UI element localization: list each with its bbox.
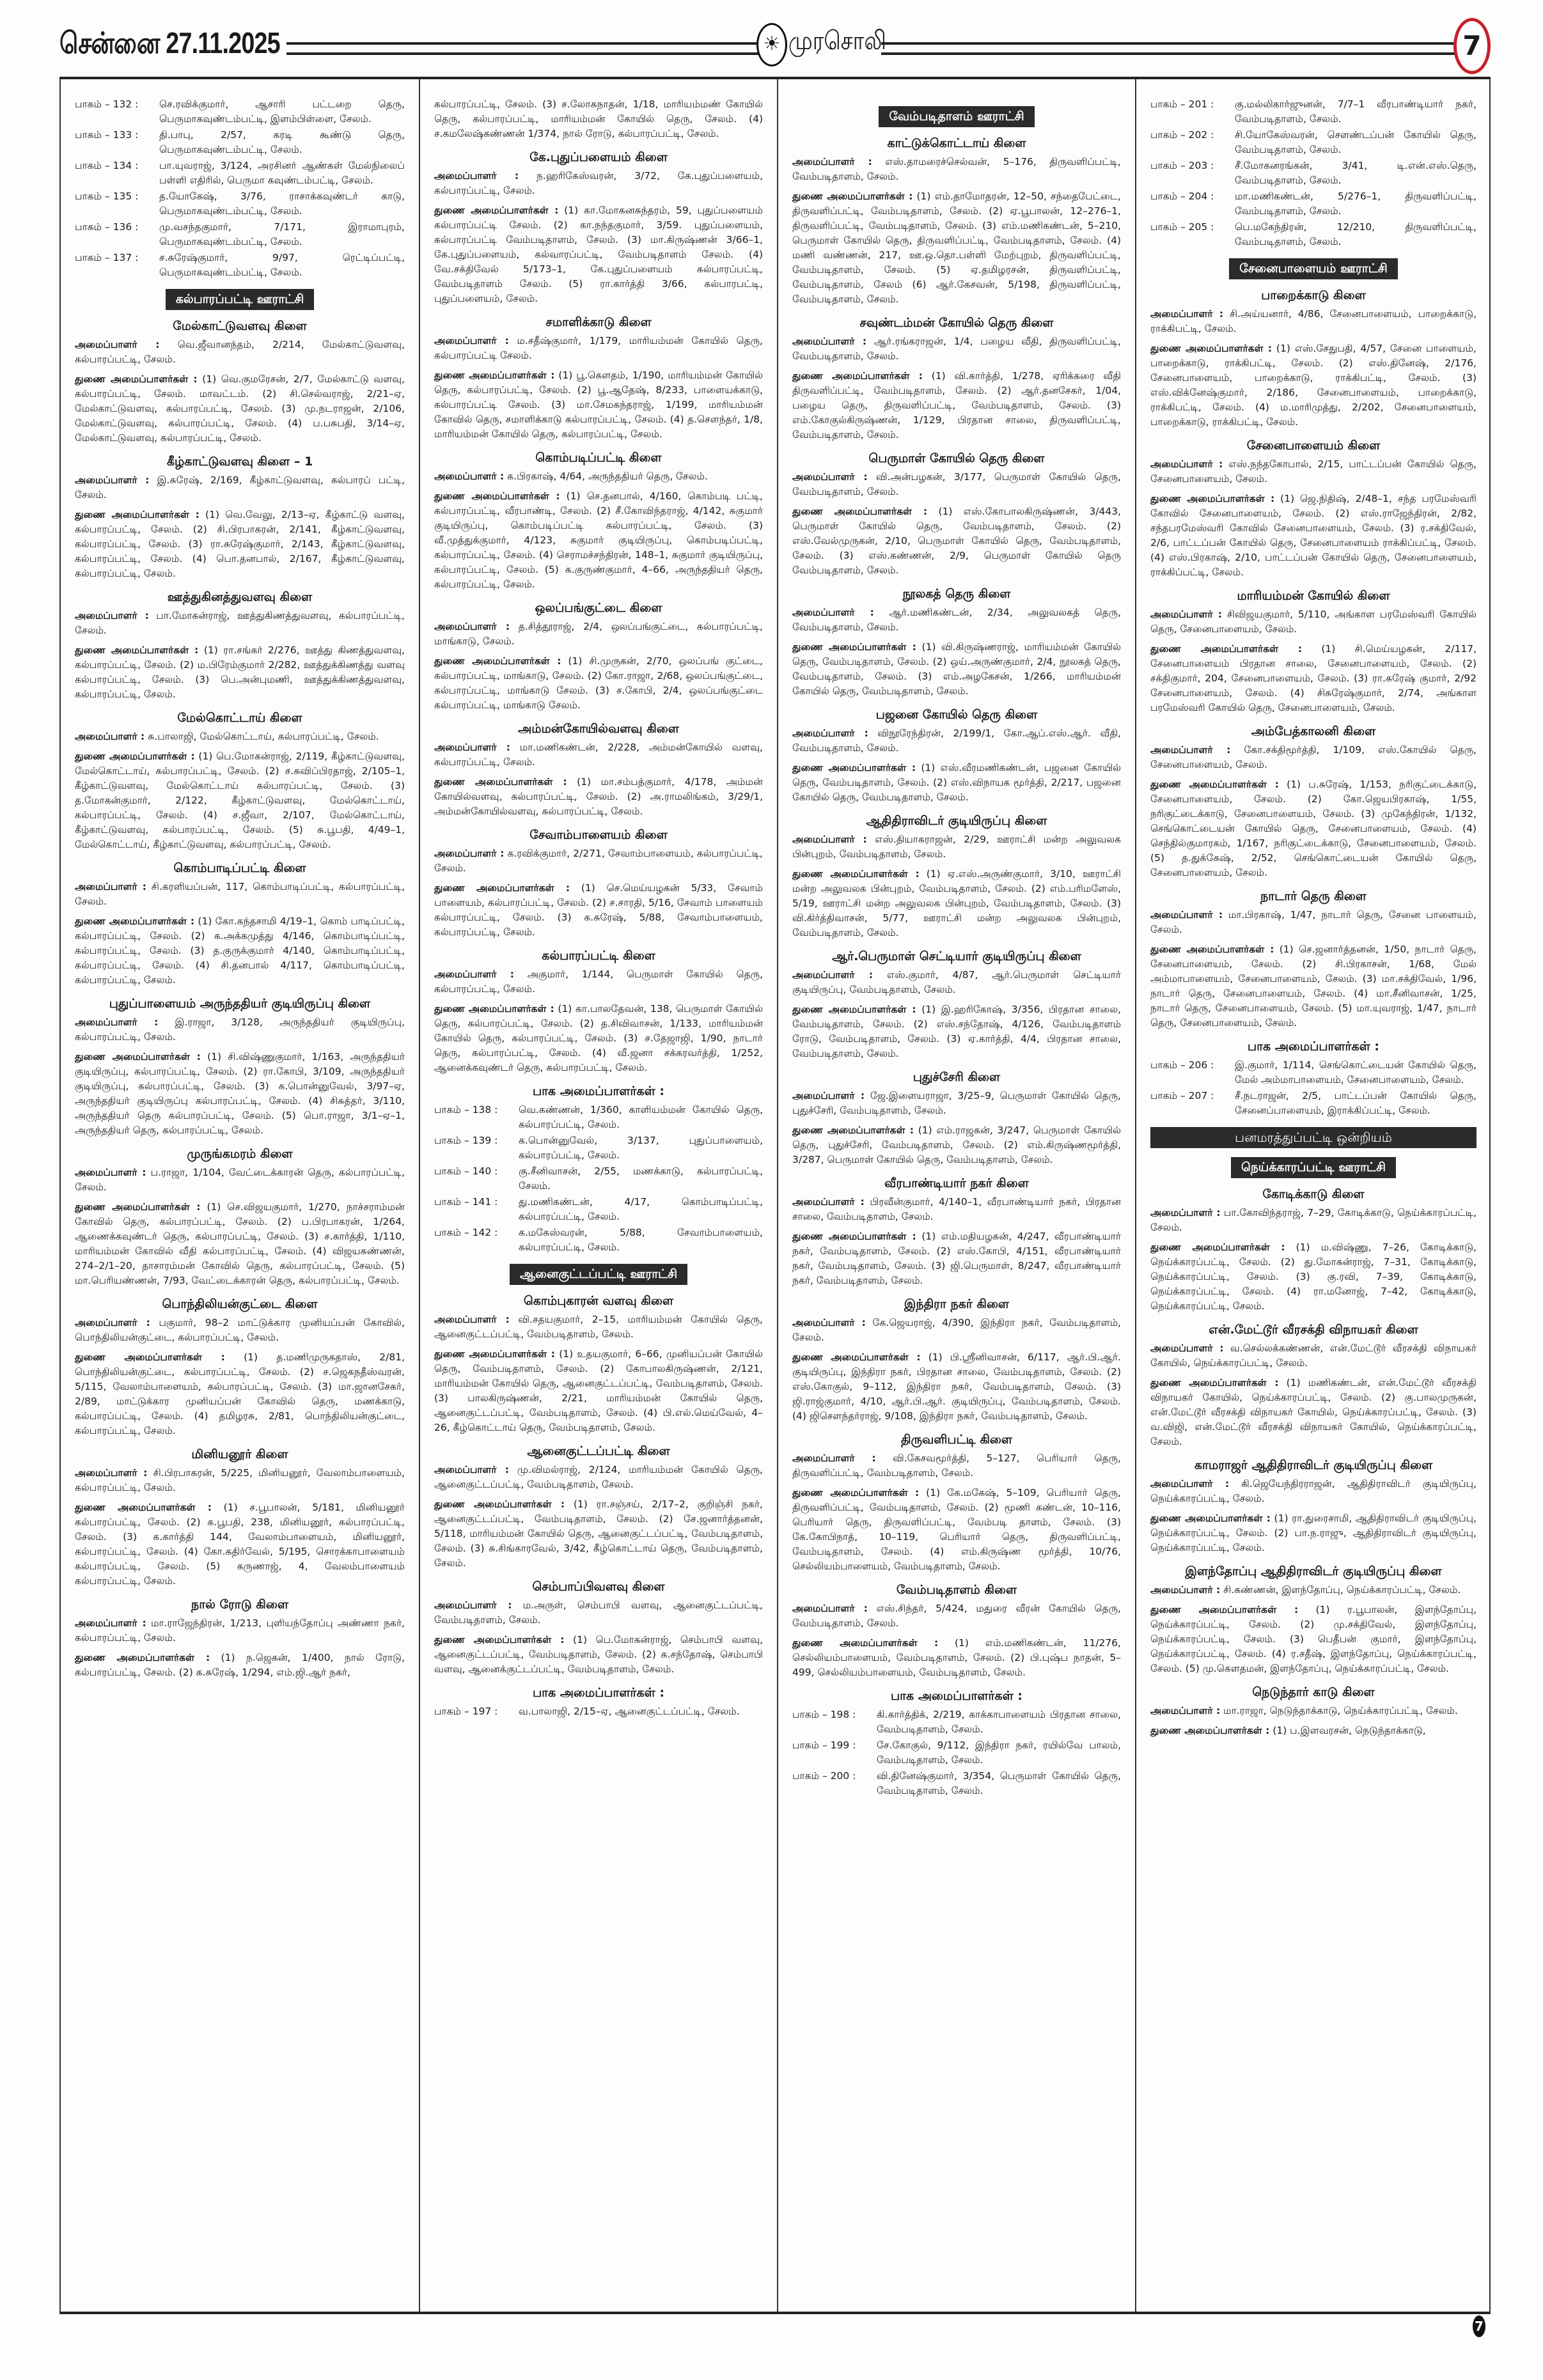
organizer-entry: அமைப்பாளர் : பகுமார், 98–2 மாட்டுக்கார ம…	[75, 1316, 405, 1345]
organizer-label: அமைப்பாளர் :	[75, 1167, 146, 1178]
organizer-entry: அமைப்பாளர் : பா.மோகன்ராஜ், ஊத்துகிணத்துவ…	[75, 609, 405, 638]
entry-text: (1) கா.மோகனசுந்தரம், 59, புதுப்பளையம் கல…	[434, 205, 763, 304]
branch-heading: பஜனை கோயில் தெரு கிளை	[792, 708, 1121, 722]
branch-heading: மினியனூர் கிளை	[75, 1447, 405, 1462]
entry-text: சி.கண்ணன், இளந்தோப்பு, நெய்க்காரப்பட்டி,…	[1223, 1584, 1461, 1596]
branch-heading: சமாளிக்காடு கிளை	[434, 315, 763, 330]
organizer-label: அமைப்பாளர் :	[792, 1317, 866, 1328]
organizer-entry: அமைப்பாளர் : எஸ்.நந்தகோபால், 2/15, பாட்ட…	[1150, 457, 1476, 486]
booth-entry: பாகம் – 201 :கு.மல்லிகார்ஜுனன், 7/7–1 வீ…	[1150, 97, 1476, 127]
organizer-label: அமைப்பாளர் :	[792, 1196, 865, 1208]
branch-heading: அம்மன்கோயில்வளவு கிளை	[434, 722, 763, 736]
panchayat-banner: நெய்க்காரப்பட்டி ஊராட்சி	[1231, 1157, 1396, 1178]
booth-number: பாகம் – 139 :	[434, 1133, 519, 1163]
branch-heading: நால் ரோடு கிளை	[75, 1598, 405, 1612]
organizer-label: அமைப்பாளர் :	[75, 474, 149, 486]
organizer-entry: அமைப்பாளர் : எஸ்.குமார், 4/87, ஆர்.பெரும…	[792, 968, 1121, 997]
organizer-entry: அமைப்பாளர் : பா.கோவிந்தராஜ், 7–29, கோடிக…	[1150, 1206, 1476, 1235]
booth-entry: பாகம் – 134 :பா.யுவராஜ், 3/124, அரசினர் …	[75, 159, 405, 188]
organizer-entry: அமைப்பாளர் : மா.மணிகண்டன், 2/228, அம்மன்…	[434, 740, 763, 770]
branch-heading: கொம்படிப்பட்டி கிளை	[434, 451, 763, 465]
branch-heading: கோடிக்காடு கிளை	[1150, 1187, 1476, 1202]
booth-number: பாகம் – 141 :	[434, 1195, 519, 1224]
organizer-label: அமைப்பாளர் :	[792, 1090, 865, 1101]
branch-heading: மேல்காட்டுவளவு கிளை	[75, 319, 405, 334]
deputy-organizers-label: துணை அமைப்பாளர்கள் :	[1150, 779, 1279, 790]
deputy-organizers-label: துணை அமைப்பாளர்கள் :	[1150, 343, 1272, 354]
masthead-rule-left	[286, 42, 760, 55]
organizer-label: அமைப்பாளர் :	[792, 1603, 868, 1614]
branch-heading: நெடுந்தார் காடு கிளை	[1150, 1685, 1476, 1700]
deputy-organizers-entry: துணை அமைப்பாளர்கள் : (1) மா.சம்பத்குமார்…	[434, 775, 763, 819]
booth-organizer: த.யோகேஷ், 3/76, ராசாக்கவுண்டர் காடு, பெர…	[159, 189, 405, 219]
deputy-organizers-label: துணை அமைப்பாளர்கள் :	[434, 655, 561, 667]
deputy-organizers-label: துணை அமைப்பாளர்கள் :	[75, 1051, 201, 1062]
branch-heading: சேவாம்பாளையம் கிளை	[434, 828, 763, 843]
organizer-entry: அமைப்பாளர் : மு.விமல்ராஜ், 2/124, மாரியம…	[434, 1463, 763, 1492]
branch-heading: முருங்கமரம் கிளை	[75, 1147, 405, 1162]
organizer-entry: அமைப்பாளர் : சு.பாலாஜி, மேல்கொட்டாய், கல…	[75, 729, 405, 744]
deputy-organizers-entry: துணை அமைப்பாளர்கள் : (1) ர.பூபாலன், இளந்…	[1150, 1603, 1476, 1676]
deputy-organizers-entry: துணை அமைப்பாளர்கள் : (1) வி.கிருஷ்ணராஜ்,…	[792, 640, 1121, 699]
page-number-badge: 7	[1453, 18, 1491, 74]
deputy-organizers-label: துணை அமைப்பாளர்கள் :	[792, 1231, 916, 1242]
booth-organizers-heading: பாக அமைப்பாளர்கள் :	[1150, 1039, 1476, 1054]
organizer-entry: அமைப்பாளர் : மா.ராஜேந்திரன், 1/213, புளி…	[75, 1616, 405, 1645]
branch-heading: பெருமாள் கோயில் தெரு கிளை	[792, 451, 1121, 466]
booth-number: பாகம் – 197 :	[434, 1704, 519, 1719]
organizer-label: அமைப்பாளர் :	[1150, 744, 1230, 756]
branch-heading: பொந்திலியன்குட்டை கிளை	[75, 1297, 405, 1312]
deputy-organizers-entry: துணை அமைப்பாளர்கள் : (1) உதயகுமார், 6–66…	[434, 1347, 763, 1435]
booth-number: பாகம் – 205 :	[1150, 220, 1235, 249]
branch-heading: இந்திரா நகர் கிளை	[792, 1297, 1121, 1312]
booth-organizer: ச.சுரேஷ்குமார், 9/97, ரெட்டிப்பட்டி, பெர…	[159, 251, 405, 280]
booth-organizer: சே.கோகுல், 9/112, இந்திரா நகர், ரயில்வே …	[877, 1738, 1121, 1768]
deputy-organizers-entry: துணை அமைப்பாளர்கள் : (1) ப.இளவரசன், நெடு…	[1150, 1723, 1476, 1738]
organizer-label: அமைப்பாளர் :	[792, 727, 868, 739]
organizer-label: அமைப்பாளர் :	[75, 881, 146, 892]
booth-number: பாகம் – 207 :	[1150, 1089, 1235, 1118]
organizer-entry: அமைப்பாளர் : ஆர்.ரங்கராஜன், 1/4, பழைய வீ…	[792, 334, 1121, 364]
deputy-organizers-label: துணை அமைப்பாளர்கள் :	[792, 868, 920, 880]
booth-organizer: கு.மல்லிகார்ஜுனன், 7/7–1 வீரபாண்டியார் ந…	[1235, 97, 1476, 127]
organizer-entry: அமைப்பாளர் : சி.பிரபாகரன், 5/225, மினியன…	[75, 1466, 405, 1495]
deputy-organizers-label: துணை அமைப்பாளர்கள் :	[1150, 1725, 1269, 1736]
organizer-label: அமைப்பாளர் :	[792, 834, 867, 845]
deputy-organizers-label: துணை அமைப்பாளர்கள் :	[75, 373, 198, 385]
deputy-organizers-entry: துணை அமைப்பாளர்கள் : (1) பெ.மோகன்ராஜ், 2…	[75, 749, 405, 852]
branch-heading: செம்பாப்பிவளவு கிளை	[434, 1580, 763, 1594]
branch-heading: மாரியம்மன் கோயில் கிளை	[1150, 589, 1476, 603]
organizer-entry: அமைப்பாளர் : விநூரேந்திரன், 2/199/1, கோ.…	[792, 726, 1121, 756]
deputy-organizers-entry: துணை அமைப்பாளர்கள் : (1) எம்.மதியழகன், 4…	[792, 1229, 1121, 1288]
entry-text: (1) செ.ஜனார்த்தனன், 1/50, நாடார் தெரு, ச…	[1150, 944, 1476, 1029]
entry-text: (1) எஸ்.சேதுபதி, 4/57, சேனை பாளையம், பாற…	[1150, 343, 1476, 428]
deputy-organizers-entry: துணை அமைப்பாளர்கள் : (1) எம்.மணிகண்டன், …	[792, 1636, 1121, 1680]
booth-number: பாகம் – 134 :	[75, 159, 159, 188]
booth-entry: பாகம் – 137 :ச.சுரேஷ்குமார், 9/97, ரெட்ட…	[75, 251, 405, 280]
organizer-entry: அமைப்பாளர் : சி.அய்யனார், 4/86, சேனைபாளை…	[1150, 307, 1476, 336]
booth-number: பாகம் – 201 :	[1150, 97, 1235, 127]
deputy-organizers-label: துணை அமைப்பாளர்கள் :	[1150, 493, 1274, 504]
entry-text: (1) ப.இளவரசன், நெடுந்தாக்காடு,	[1273, 1725, 1425, 1736]
booth-entry: பாகம் – 136 :மு.வசந்தகுமார், 7/171, இராம…	[75, 220, 405, 249]
deputy-organizers-label: துணை அமைப்பாளர்கள் :	[434, 882, 570, 894]
booth-number: பாகம் – 202 :	[1150, 128, 1235, 157]
entry-text: (1) கே.மகேஷ், 5–109, பெரியார் தெரு, திரு…	[792, 1487, 1121, 1572]
booth-number: பாகம் – 199 :	[792, 1738, 877, 1768]
deputy-organizers-label: துணை அமைப்பாளர்கள் :	[792, 1004, 916, 1015]
booth-number: பாகம் – 206 :	[1150, 1058, 1235, 1087]
organizer-label: அமைப்பாளர் :	[1150, 909, 1223, 921]
booth-entry: பாகம் – 198 :கி.கார்த்திக், 2/219, காக்க…	[792, 1707, 1121, 1737]
deputy-organizers-label: துணை அமைப்பாளர்கள் :	[75, 1502, 212, 1513]
organizer-entry: அமைப்பாளர் : அகுமார், 1/144, பெருமாள் கோ…	[434, 967, 763, 997]
deputy-organizers-entry: துணை அமைப்பாளர்கள் : (1) ஜெ.நிதிஷ், 2/48…	[1150, 492, 1476, 580]
branch-heading: சவுண்டம்மன் கோயில் தெரு கிளை	[792, 316, 1121, 331]
deputy-organizers-entry: துணை அமைப்பாளர்கள் : (1) சி.மெய்யழகன், 2…	[1150, 642, 1476, 715]
deputy-organizers-label: துணை அமைப்பாளர்கள் :	[792, 506, 927, 517]
branch-heading: காமராஜர் ஆதிதிராவிடர் குடியிருப்பு கிளை	[1150, 1458, 1476, 1473]
organizer-entry: அமைப்பாளர் : கோ.சக்திமூர்த்தி, 1/109, எஸ…	[1150, 743, 1476, 772]
booth-organizer: பா.யுவராஜ், 3/124, அரசினர் ஆண்கள் மேல்நி…	[159, 159, 405, 188]
organizer-label: அமைப்பாளர் :	[434, 742, 510, 753]
organizer-entry: அமைப்பாளர் : மா.ராஜா, நெடுந்தாக்காடு, நெ…	[1150, 1704, 1476, 1718]
deputy-organizers-label: துணை அமைப்பாளர்கள் :	[792, 762, 916, 774]
organizer-entry: அமைப்பாளர் : ப.ராஜா, 1/104, வேட்டைக்காரன…	[75, 1165, 405, 1195]
organizer-entry: அமைப்பாளர் : ம.சதீஷ்குமார், 1/179, மாரிய…	[434, 334, 763, 363]
deputy-organizers-label: துணை அமைப்பாளர்கள் :	[1150, 1377, 1279, 1388]
deputy-organizers-entry: துணை அமைப்பாளர்கள் : (1) சி.முருகன், 2/7…	[434, 654, 763, 713]
deputy-organizers-label: துணை அமைப்பாளர்கள் :	[1150, 1513, 1271, 1524]
booth-organizer: கி.கார்த்திக், 2/219, காக்காபாளையம் பிரத…	[877, 1707, 1121, 1737]
branch-heading: வேம்படிதாளம் கிளை	[792, 1583, 1121, 1598]
branch-heading: நாடார் தெரு கிளை	[1150, 889, 1476, 904]
booth-number: பாகம் – 136 :	[75, 220, 159, 249]
deputy-organizers-entry: துணை அமைப்பாளர்கள் : (1) எம்.ராஜகன், 3/2…	[792, 1123, 1121, 1167]
organizer-entry: அமைப்பாளர் : வி.அன்பழகன், 3/177, பெருமாள…	[792, 470, 1121, 499]
booth-organizer: வ.பாலாஜி, 2/15–ஏ, ஆனைகுட்டப்பட்டி, சேலம்…	[519, 1704, 763, 1719]
deputy-organizers-entry: துணை அமைப்பாளர்கள் : (1) கோ.கந்தசாமி 4/1…	[75, 914, 405, 988]
booth-entry: பாகம் – 133 :தி.பாபு, 2/57, கரடி கூண்டு …	[75, 128, 405, 157]
deputy-organizers-label: துணை அமைப்பாளர்கள் :	[75, 1652, 210, 1663]
deputy-organizers-entry: துணை அமைப்பாளர்கள் : (1) மணிகண்டன், என்.…	[1150, 1376, 1476, 1449]
deputy-organizers-label: துணை அமைப்பாளர்கள் :	[1150, 1604, 1298, 1615]
panchayat-banner: ஆனைகுட்டப்பட்டி ஊராட்சி	[510, 1264, 687, 1285]
panchayat-banner: வேம்படிதாளம் ஊராட்சி	[879, 106, 1034, 127]
deputy-organizers-entry: துணை அமைப்பாளர்கள் : (1) வெ.குமரேசன், 2/…	[75, 372, 405, 446]
booth-organizer: க.பொன்னுவேல், 3/137, புதுப்பாளையம், கல்ப…	[519, 1133, 763, 1163]
deputy-organizers-label: துணை அமைப்பாளர்கள் :	[792, 641, 916, 653]
branch-heading: கீழ்காட்டுவளவு கிளை – 1	[75, 455, 405, 469]
deputy-organizers-entry: துணை அமைப்பாளர்கள் : (1) இ.ஹரிகோஷ், 3/35…	[792, 1002, 1121, 1061]
booth-number: பாகம் – 140 :	[434, 1164, 519, 1194]
organizer-entry: அமைப்பாளர் : சி.கரளியப்பன், 117, கொம்பாட…	[75, 880, 405, 909]
deputy-organizers-label: துணை அமைப்பாளர்கள் :	[434, 205, 558, 216]
booth-entry: பாகம் – 135 :த.யோகேஷ், 3/76, ராசாக்கவுண்…	[75, 189, 405, 219]
entry-text: (1) ச.பூபாலன், 5/181, மினியனூர் கல்பாரப்…	[75, 1502, 405, 1587]
deputy-organizers-label: துணை அமைப்பாளர்கள் :	[434, 776, 567, 788]
booth-entry: பாகம் – 200 :வி.தினேஷ்குமார், 3/354, பெர…	[792, 1769, 1121, 1798]
organizer-entry: அமைப்பாளர் : வ.செல்லக்கண்ணன், என்.மேட்டூ…	[1150, 1341, 1476, 1371]
rising-sun-emblem-icon: ☀	[756, 23, 787, 66]
booth-organizer: தி.பாபு, 2/57, கரடி கூண்டு தெரு, பெருமாக…	[159, 128, 405, 157]
panchayat-banner: சேனைபாளையம் ஊராட்சி	[1229, 258, 1397, 279]
paper-name: முரசொலி	[788, 27, 886, 59]
deputy-organizers-label: துணை அமைப்பாளர்கள் :	[434, 1348, 555, 1360]
booth-number: பாகம் – 200 :	[792, 1769, 877, 1798]
deputy-organizers-label: துணை அமைப்பாளர்கள் :	[434, 1003, 554, 1015]
organizer-entry: அமைப்பாளர் : இ.ராஜா, 3/128, அருந்ததியர் …	[75, 1015, 405, 1045]
page-mark: 7	[1473, 2315, 1485, 2337]
booth-entry: பாகம் – 207 :சீ.நடராஜன், 2/5, பாட்டப்பன்…	[1150, 1089, 1476, 1118]
entry-text: சு.பாலாஜி, மேல்கொட்டாய், கல்பாரப்பட்டி, …	[148, 731, 379, 742]
organizer-label: அமைப்பாளர் :	[792, 969, 873, 981]
deputy-organizers-entry: துணை அமைப்பாளர்கள் : (1) ச.பூபாலன், 5/18…	[75, 1500, 405, 1589]
organizer-label: அமைப்பாளர் :	[1150, 458, 1223, 470]
booth-entry: பாகம் – 140 :கு.சீனிவாசன், 2/55, மணக்காட…	[434, 1164, 763, 1194]
masthead: சென்னை 27.11.2025 ☀ முரசொலி 7	[59, 26, 1491, 70]
entry-text: (1) சி.விஷ்ணுகுமார், 1/163, அருந்ததியர் …	[75, 1051, 405, 1136]
deputy-organizers-label: துணை அமைப்பாளர்கள் :	[434, 369, 554, 381]
organizer-label: அமைப்பாளர் :	[1150, 1705, 1220, 1716]
deputy-organizers-entry: துணை அமைப்பாளர்கள் : (1) செ.தனபால், 4/16…	[434, 489, 763, 592]
deputy-organizers-label: துணை அமைப்பாளர்கள் :	[75, 1201, 200, 1213]
booth-number: பாகம் – 203 :	[1150, 159, 1235, 188]
deputy-organizers-entry: துணை அமைப்பாளர்கள் : (1) வெ.வேலு, 2/13–ஏ…	[75, 508, 405, 581]
organizer-label: அமைப்பாளர் :	[434, 968, 514, 980]
organizer-label: அமைப்பாளர் :	[792, 1452, 876, 1464]
booth-number: பாகம் – 137 :	[75, 251, 159, 280]
entry-text: க.பிரகாஷ், 4/64, அருந்ததியர் தெரு, சேலம்…	[507, 471, 708, 482]
booth-organizer: கு.சீனிவாசன், 2/55, மணக்காடு, கல்பாரப்பட…	[519, 1164, 763, 1194]
organizer-label: அமைப்பாளர் :	[75, 610, 149, 621]
deputy-organizers-entry: துணை அமைப்பாளர்கள் : (1) ரா.துரைசாமி, ஆத…	[1150, 1511, 1476, 1555]
deputy-organizers-label: துணை அமைப்பாளர்கள் :	[75, 509, 200, 520]
deputy-organizers-entry: துணை அமைப்பாளர்கள் : (1) பி.ஸ்ரீனிவாசன்,…	[792, 1350, 1121, 1424]
deputy-organizers-entry: துணை அமைப்பாளர்கள் : (1) ஏ.எஸ்.அருண்குமா…	[792, 867, 1121, 940]
booth-entry: பாகம் – 142 :க.மகேஸ்வரன், 5/88, சேவாம்பா…	[434, 1225, 763, 1255]
organizer-label: அமைப்பாளர் :	[792, 336, 866, 347]
booth-number: பாகம் – 198 :	[792, 1707, 877, 1737]
organizer-label: அமைப்பாளர் :	[434, 471, 504, 482]
deputy-organizers-entry: துணை அமைப்பாளர்கள் : (1) எஸ்.கோபாலகிருஷ்…	[792, 504, 1121, 578]
organizer-label: அமைப்பாளர் :	[1150, 1342, 1224, 1354]
branch-heading: கே.புதுப்பளையம் கிளை	[434, 150, 763, 165]
organizer-entry: அமைப்பாளர் : ஜே.இளையராஜா, 3/25–9, பெருமா…	[792, 1089, 1121, 1118]
branch-heading: ஊத்துகினத்துவளவு கிளை	[75, 590, 405, 605]
organizer-label: அமைப்பாளர் :	[434, 621, 510, 632]
branch-heading: பாறைக்காடு கிளை	[1150, 288, 1476, 303]
booth-number: பாகம் – 142 :	[434, 1225, 519, 1255]
deputy-organizers-entry: துணை அமைப்பாளர்கள் : (1) கே.மகேஷ், 5–109…	[792, 1486, 1121, 1574]
organizer-label: அமைப்பாளர் :	[792, 471, 868, 483]
organizer-entry: அமைப்பாளர் : கி.ஜெயேந்திரராஜன், ஆதிதிராவ…	[1150, 1477, 1476, 1506]
deputy-organizers-entry: துணை அமைப்பாளர்கள் : (1) சி.விஷ்ணுகுமார்…	[75, 1050, 405, 1138]
branch-heading: கொம்பாடிப்பட்டி கிளை	[75, 861, 405, 876]
organizer-entry: அமைப்பாளர் : வி.சதயகுமார், 2–15, மாரியம்…	[434, 1312, 763, 1342]
organizer-entry: அமைப்பாளர் : த.சித்தூராஜ், 2/4, ஒலப்பங்க…	[434, 619, 763, 649]
deputy-organizers-label: துணை அமைப்பாளர்கள் :	[1150, 944, 1274, 955]
booth-organizer: செ.ரவிக்குமார், ஆசாரி பட்டறை தெரு, பெரும…	[159, 97, 405, 127]
entry-text: (1) செ.தனபால், 4/160, கொம்படி பட்டி, கல்…	[434, 490, 763, 590]
organizer-label: அமைப்பாளர் :	[434, 1314, 510, 1325]
organizer-label: அமைப்பாளர் :	[75, 1617, 146, 1629]
deputy-organizers-entry: துணை அமைப்பாளர்கள் : (1) செ.ஜனார்த்தனன்,…	[1150, 942, 1476, 1031]
booth-entry: பாகம் – 199 :சே.கோகுல், 9/112, இந்திரா ந…	[792, 1738, 1121, 1768]
booth-organizer: சீ.மோகனரங்கன், 3/41, டி.என்.எஸ்.தெரு, வே…	[1235, 159, 1476, 188]
entry-text: (1) எம்.தாமோதரன், 12–50, சந்தைபேட்டை, தி…	[792, 191, 1121, 305]
organizer-label: அமைப்பாளர் :	[1150, 1584, 1220, 1596]
deputy-organizers-label: துணை அமைப்பாளர்கள் :	[792, 370, 923, 382]
organizer-label: அமைப்பாளர் :	[1150, 609, 1222, 620]
deputy-organizers-label: துணை அமைப்பாளர்கள் :	[75, 644, 198, 656]
booth-number: பாகம் – 135 :	[75, 189, 159, 219]
organizer-entry: அமைப்பாளர் : எஸ்.தியாகராஜன், 2/29, ஊராட்…	[792, 832, 1121, 862]
branch-heading: இளந்தோப்பு ஆதிதிராவிடர் குடியிருப்பு கிள…	[1150, 1564, 1476, 1579]
deputy-organizers-entry: துணை அமைப்பாளர்கள் : (1) எஸ்.சேதுபதி, 4/…	[1150, 341, 1476, 430]
organizer-entry: அமைப்பாளர் : பிரவீன்குமார், 4/140–1, வீர…	[792, 1195, 1121, 1224]
organizer-entry: அமைப்பாளர் : வெ.ஜீவானந்தம், 2/214, மேல்க…	[75, 338, 405, 367]
organizer-label: அமைப்பாளர் :	[434, 848, 504, 859]
organizer-entry: அமைப்பாளர் : ம.அருள், செம்பாபி வளவு, ஆனை…	[434, 1598, 763, 1628]
branch-heading: அம்பேத்காலனி கிளை	[1150, 724, 1476, 739]
booth-entry: பாகம் – 141 :து.மணிகண்டன், 4/17, கொம்பாட…	[434, 1195, 763, 1224]
entry-text: (1) செ.விஜயகுமார், 1/270, நாச்சராம்மன் க…	[75, 1201, 405, 1286]
deputy-organizers-label: துணை அமைப்பாளர்கள் :	[434, 1634, 565, 1645]
organizer-label: அமைப்பாளர் :	[75, 1317, 150, 1328]
content-frame: பாகம் – 132 :செ.ரவிக்குமார், ஆசாரி பட்டற…	[59, 77, 1491, 2314]
organizer-entry: அமைப்பாளர் : எஸ்.சிந்தர், 5/424, மதுரை வ…	[792, 1601, 1121, 1631]
booth-entry: பாகம் – 203 :சீ.மோகனரங்கன், 3/41, டி.என்…	[1150, 159, 1476, 188]
booth-organizers-heading: பாக அமைப்பாளர்கள் :	[434, 1686, 763, 1700]
organizer-label: அமைப்பாளர் :	[792, 607, 874, 618]
branch-heading: திருவளிபட்டி கிளை	[792, 1433, 1121, 1447]
organizer-label: அமைப்பாளர் :	[75, 1016, 158, 1028]
deputy-organizers-label: துணை அமைப்பாளர்கள் :	[792, 1124, 914, 1136]
column-3: வேம்படிதாளம் ஊராட்சிகாட்டுக்கொட்டாய் கிள…	[777, 79, 1135, 2312]
deputy-organizers-label: துணை அமைப்பாளர்கள் :	[792, 191, 912, 202]
deputy-organizers-entry: துணை அமைப்பாளர்கள் : (1) வி.கார்த்தி, 1/…	[792, 369, 1121, 442]
organizer-entry: அமைப்பாளர் : சிவிஜயகுமார், 5/110, அங்காள…	[1150, 607, 1476, 637]
booth-number: பாகம் – 132 :	[75, 97, 159, 127]
deputy-organizers-label: துணை அமைப்பாளர்கள் :	[75, 1351, 225, 1363]
deputy-organizers-label: துணை அமைப்பாளர்கள் :	[792, 1487, 919, 1498]
organizer-entry: அமைப்பாளர் : க.ரவிக்குமார், 2/271, சேவாம…	[434, 846, 763, 876]
organizer-label: அமைப்பாளர் :	[434, 1599, 512, 1611]
branch-heading: என்.மேட்டூர் வீரசக்தி விநாயகர் கிளை	[1150, 1323, 1476, 1337]
organizer-label: அமைப்பாளர் :	[75, 1467, 147, 1479]
organizer-label: அமைப்பாளர் :	[75, 731, 145, 742]
deputy-organizers-entry: துணை அமைப்பாளர்கள் : (1) கா.மோகனசுந்தரம்…	[434, 203, 763, 306]
booth-entry: பாகம் – 202 :சி.யோகேஸ்வரன், சௌண்டப்பன் க…	[1150, 128, 1476, 157]
organizer-label: அமைப்பாளர் :	[1150, 308, 1223, 320]
booth-organizer: இ.குமார், 1/114, செங்கொட்டையன் கோயில் தெ…	[1235, 1058, 1476, 1087]
deputy-organizers-entry: துணை அமைப்பாளர்கள் : (1) செ.விஜயகுமார், …	[75, 1200, 405, 1288]
organizer-entry: அமைப்பாளர் : எஸ்.தாமரைச்செல்வன், 5–176, …	[792, 155, 1121, 184]
deputy-organizers-label: துணை அமைப்பாளர்கள் :	[792, 1351, 921, 1363]
organizer-label: அமைப்பாளர் :	[1150, 1478, 1229, 1489]
organizer-entry: அமைப்பாளர் : மா.பிரகாஷ், 1/47, நாடார் தெ…	[1150, 908, 1476, 937]
booth-number: பாகம் – 138 :	[434, 1103, 519, 1132]
booth-organizer: க.மகேஸ்வரன், 5/88, சேவாம்பாளையம், கல்பார…	[519, 1225, 763, 1255]
deputy-organizers-entry: துணை அமைப்பாளர்கள் : (1) செ.மெய்யழகன் 5/…	[434, 881, 763, 940]
entry-text: (1) ப.சுரேஷ், 1/153, நரிகுட்டைக்காடு, சே…	[1150, 779, 1476, 878]
booth-number: பாகம் – 133 :	[75, 128, 159, 157]
deputy-organizers-entry: துணை அமைப்பாளர்கள் : (1) எம்.தாமோதரன், 1…	[792, 189, 1121, 307]
booth-entry: பாகம் – 139 :க.பொன்னுவேல், 3/137, புதுப்…	[434, 1133, 763, 1163]
booth-organizers-heading: பாக அமைப்பாளர்கள் :	[792, 1689, 1121, 1704]
branch-heading: சேனைபாளையம் கிளை	[1150, 439, 1476, 453]
branch-heading: ஒலப்பங்குட்டை கிளை	[434, 601, 763, 616]
organizer-entry: அமைப்பாளர் : சி.கண்ணன், இளந்தோப்பு, நெய்…	[1150, 1583, 1476, 1598]
organizer-label: அமைப்பாளர் :	[434, 335, 509, 346]
edition-date: சென்னை 27.11.2025	[59, 26, 280, 65]
deputy-organizers-label: துணை அமைப்பாளர்கள் :	[434, 1498, 565, 1510]
booth-entry: பாகம் – 197 :வ.பாலாஜி, 2/15–ஏ, ஆனைகுட்டப…	[434, 1704, 763, 1719]
booth-organizer: வி.தினேஷ்குமார், 3/354, பெருமாள் கோயில் …	[877, 1769, 1121, 1798]
deputy-organizers-entry: துணை அமைப்பாளர்கள் : (1) ப.சுரேஷ், 1/153…	[1150, 777, 1476, 880]
organizer-label: அமைப்பாளர் :	[792, 156, 872, 167]
deputy-organizers-label: துணை அமைப்பாளர்கள் :	[75, 915, 194, 927]
deputy-organizers-entry: துணை அமைப்பாளர்கள் : (1) பெ.மோகன்ராஜ், ச…	[434, 1633, 763, 1677]
booth-entry: பாகம் – 205 :பெ.மகேந்திரன், 12/210, திரு…	[1150, 220, 1476, 249]
branch-heading: ஆதிதிராவிடர் குடியிருப்பு கிளை	[792, 814, 1121, 828]
booth-entry: பாகம் – 132 :செ.ரவிக்குமார், ஆசாரி பட்டற…	[75, 97, 405, 127]
deputy-organizers-entry: துணை அமைப்பாளர்கள் : (1) ரா.சங்கர் 2/276…	[75, 643, 405, 702]
booth-entry: பாகம் – 204 :மா.மணிகண்டன், 5/276–1, திரு…	[1150, 189, 1476, 219]
branch-heading: கல்பாரப்பட்டி கிளை	[434, 949, 763, 963]
panchayat-banner: கல்பாரப்பட்டி ஊராட்சி	[166, 289, 315, 310]
deputy-organizers-entry: துணை அமைப்பாளர்கள் : (1) கா.பாலதேவன், 13…	[434, 1002, 763, 1075]
branch-heading: காட்டுக்கொட்டாய் கிளை	[792, 136, 1121, 151]
organizer-entry: அமைப்பாளர் : ஆர்.மணிகண்டன், 2/34, அலுவலக…	[792, 605, 1121, 635]
deputy-organizers-entry: துணை அமைப்பாளர்கள் : (1) த.மணிமுருகதாஸ்,…	[75, 1350, 405, 1438]
deputy-organizers-label: துணை அமைப்பாளர்கள் :	[1150, 643, 1302, 655]
branch-heading: ஆனைகுட்டப்பட்டி கிளை	[434, 1444, 763, 1459]
deputy-organizers-entry: துணை அமைப்பாளர்கள் : (1) ம.விஷ்ணு, 7–26,…	[1150, 1240, 1476, 1314]
branch-heading: மேல்கொட்டாய் கிளை	[75, 711, 405, 726]
deputy-organizers-label: துணை அமைப்பாளர்கள் :	[1150, 1241, 1285, 1253]
column-2: கல்பாரப்பட்டி, சேலம். (3) ச.லோகநாதன், 1/…	[419, 79, 777, 2312]
deputy-organizers-entry: துணை அமைப்பாளர்கள் : (1) பூ.கௌதம், 1/190…	[434, 368, 763, 442]
organizer-label: அமைப்பாளர் :	[75, 339, 160, 350]
booth-organizer: மு.வசந்தகுமார், 7/171, இராமாபுரம், பெரும…	[159, 220, 405, 249]
deputy-organizers-label: துணை அமைப்பாளர்கள் :	[434, 490, 560, 502]
masthead-rule-right	[881, 42, 1457, 55]
branch-heading: நூலகத் தெரு கிளை	[792, 587, 1121, 602]
entry-text: (1) உதயகுமார், 6–66, முனியப்பன் கோயில் த…	[434, 1348, 763, 1433]
booth-organizer: வெ.கண்ணன், 1/360, காளியம்மன் கோயில் தெரு…	[519, 1103, 763, 1132]
booth-organizer: சீ.நடராஜன், 2/5, பாட்டப்பன் கோயில் தெரு,…	[1235, 1089, 1476, 1118]
branch-heading: வீரபாண்டியார் நகர் கிளை	[792, 1176, 1121, 1191]
union-banner: பனமரத்துப்பட்டி ஒன்றியம்	[1150, 1127, 1476, 1148]
organizer-entry: அமைப்பாளர் : இ.சுரேஷ், 2/169, கீழ்காட்டு…	[75, 473, 405, 502]
booth-organizer: பெ.மகேந்திரன், 12/210, திருவளிப்பட்டி, வ…	[1235, 220, 1476, 249]
organizer-label: அமைப்பாளர் :	[434, 170, 519, 182]
booth-organizer: சி.யோகேஸ்வரன், சௌண்டப்பன் கோயில் தெரு, வ…	[1235, 128, 1476, 157]
deputy-organizers-label: துணை அமைப்பாளர்கள் :	[75, 751, 195, 762]
booth-entry: பாகம் – 206 :இ.குமார், 1/114, செங்கொட்டை…	[1150, 1058, 1476, 1087]
branch-heading: புதுச்சேரி கிளை	[792, 1070, 1121, 1085]
deputy-organizers-label: துணை அமைப்பாளர்கள் :	[792, 1637, 938, 1649]
branch-heading: ஆர்.பெருமாள் செட்டியார் குடியிருப்பு கிள…	[792, 949, 1121, 964]
organizer-label: அமைப்பாளர் :	[434, 1464, 509, 1475]
deputy-organizers-entry: துணை அமைப்பாளர்கள் : (1) ந.ஜெகன், 1/400,…	[75, 1651, 405, 1680]
booth-number: பாகம் – 204 :	[1150, 189, 1235, 219]
booth-organizer: து.மணிகண்டன், 4/17, கொம்பாடிப்பட்டி, கல்…	[519, 1195, 763, 1224]
